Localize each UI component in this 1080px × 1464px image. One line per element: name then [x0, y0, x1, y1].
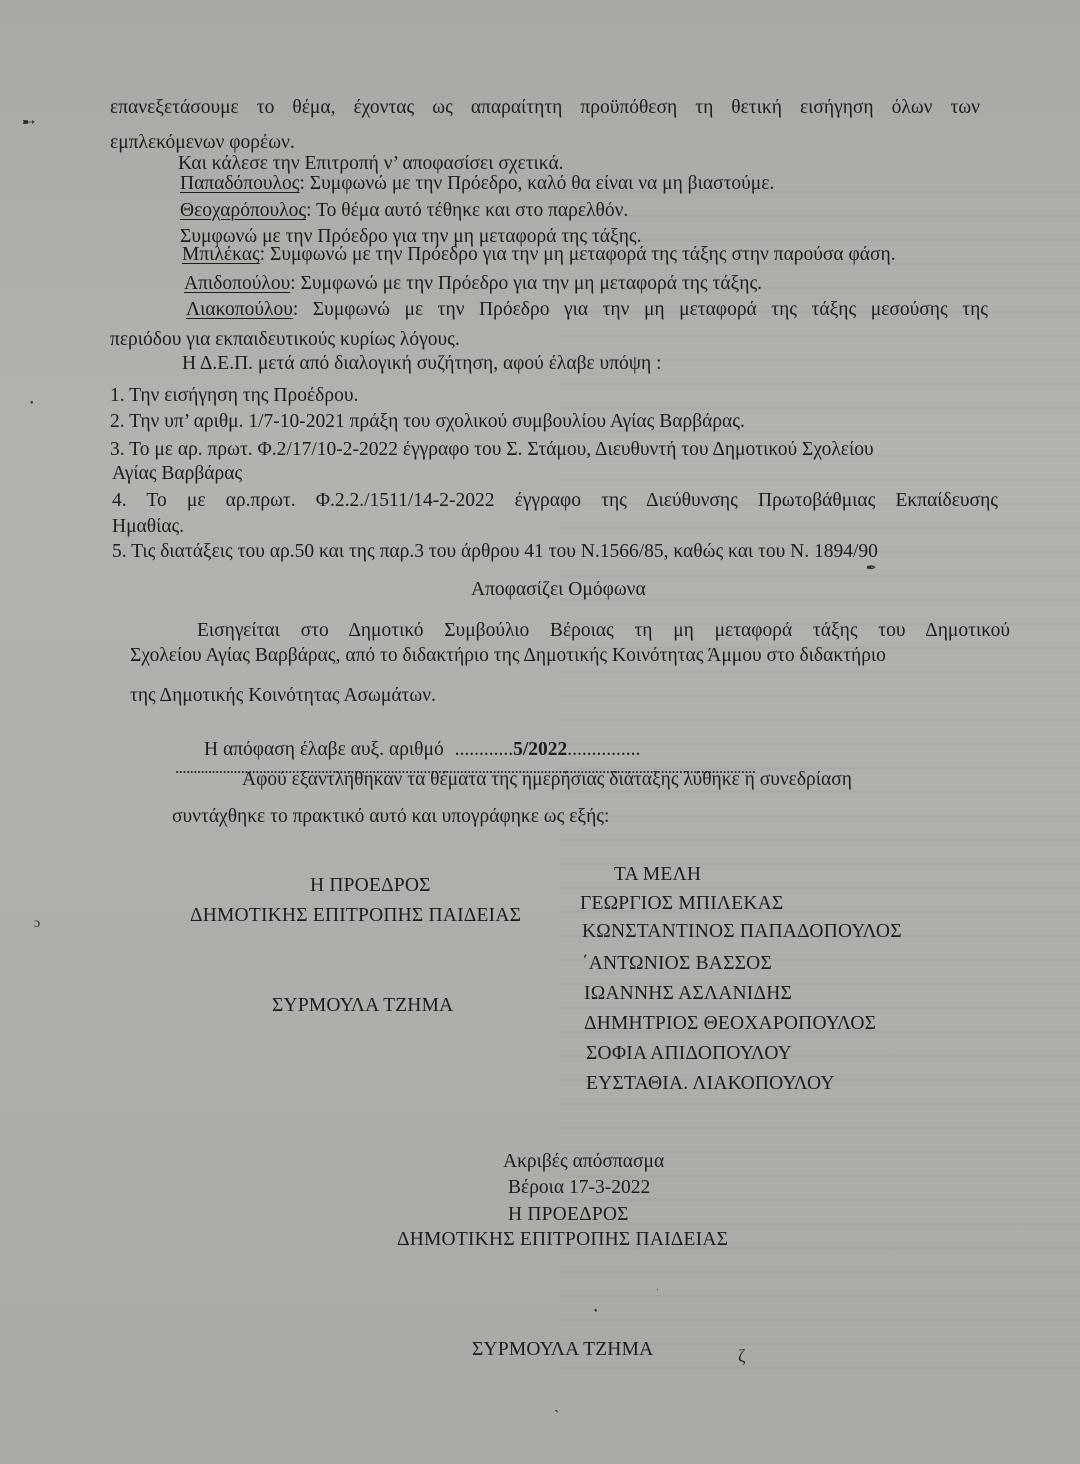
extract-president-committee: ΔΗΜΟΤΙΚΗΣ ΕΠΙΤΡΟΠΗΣ ΠΑΙΔΕΙΑΣ: [397, 1228, 728, 1252]
statement-text: : Συμφωνώ με την Πρόεδρο, καλό θα είναι …: [299, 173, 774, 194]
statement-text: : Συμφωνώ με την Πρόεδρο για την μη μετα…: [260, 244, 896, 265]
speaker-name: Λιακοπούλου: [186, 299, 293, 320]
stray-mark: ˈ: [656, 1288, 659, 1299]
extract-place-date: Βέροια 17-3-2022: [508, 1176, 650, 1200]
decision-heading: Αποφασίζει Ομόφωνα: [471, 578, 646, 602]
statement-liakopoulou-cont: περιόδου για εκπαιδευτικούς κυρίως λόγου…: [110, 328, 460, 352]
considered-item-4: 4. Το με αρ.πρωτ. Φ.2.2./1511/14-2-2022 …: [112, 489, 998, 513]
stray-mark: ɔ: [34, 916, 40, 932]
considered-item-5: 5. Τις διατάξεις του αρ.50 και της παρ.3…: [112, 540, 878, 564]
statement-apidopoulou: Απιδοπούλου: Συμφωνώ με την Πρόεδρο για …: [184, 272, 762, 296]
considered-item-1: 1. Την εισήγηση της Προέδρου.: [110, 384, 358, 408]
member-name: ΔΗΜΗΤΡΙΟΣ ΘΕΟΧΑΡΟΠΟΥΛΟΣ: [584, 1012, 876, 1036]
stray-dot: •: [30, 398, 34, 409]
member-name: ΕΥΣΤΑΘΙΑ. ΛΙΑΚΟΠΟΥΛΟΥ: [586, 1072, 835, 1096]
closing-line-2: συντάχθηκε το πρακτικό αυτό και υπογράφη…: [172, 805, 609, 829]
speaker-name: Παπαδόπουλος: [180, 173, 299, 194]
statement-text: : Το θέμα αυτό τέθηκε και στο παρελθόν.: [306, 200, 628, 221]
considered-item-3-cont: Αγίας Βαρβάρας: [112, 462, 242, 486]
stray-mark: ➸: [22, 112, 35, 132]
member-name: ΣΟΦΙΑ ΑΠΙΔΟΠΟΥΛΟΥ: [586, 1042, 792, 1066]
member-name: ΚΩΝΣΤΑΝΤΙΝΟΣ ΠΑΠΑΔΟΠΟΥΛΟΣ: [582, 920, 902, 944]
speaker-name: Απιδοπούλου: [184, 273, 290, 294]
considered-intro: Η Δ.Ε.Π. μετά από διαλογική συζήτηση, αφ…: [182, 352, 662, 376]
statement-text: : Συμφωνώ με την Πρόεδρο για την μη μετα…: [290, 273, 762, 294]
extract-president-name: ΣΥΡΜΟΥΛΑ ΤΖΗΜΑ: [472, 1338, 653, 1362]
statement-bilekas: Μπιλέκας: Συμφωνώ με την Πρόεδρο για την…: [182, 243, 896, 267]
closing-line-1: Αφού εξαντλήθηκαν τα θέματα της ημερήσια…: [242, 768, 852, 792]
considered-item-3: 3. Το με αρ. πρωτ. Φ.2/17/10-2-2022 έγγρ…: [110, 438, 874, 462]
decision-line-3: της Δημοτικής Κοινότητας Ασωμάτων.: [130, 684, 436, 708]
statement-liakopoulou: Λιακοπούλου: Συμφωνώ με την Πρόεδρο για …: [186, 298, 988, 322]
extract-president-title: Η ΠΡΟΕΔΡΟΣ: [508, 1203, 629, 1227]
member-name: ΙΩΑΝΝΗΣ ΑΣΛΑΝΙΔΗΣ: [584, 982, 792, 1006]
stray-mark: ζ: [738, 1346, 745, 1367]
statement-text: : Συμφωνώ με την Πρόεδρο για την μη μετα…: [293, 299, 988, 320]
extract-title: Ακριβές απόσπασμα: [503, 1150, 664, 1174]
stray-mark: ˏ: [554, 1396, 559, 1414]
president-name: ΣΥΡΜΟΥΛΑ ΤΖΗΜΑ: [272, 994, 453, 1018]
considered-item-2: 2. Την υπ’ αριθμ. 1/7-10-2021 πράξη του …: [110, 410, 745, 434]
member-name: ΓΕΩΡΓΙΟΣ ΜΠΙΛΕΚΑΣ: [580, 892, 783, 916]
scanned-document-page: ➸ • ɔ ✒ • ˈ ζ ˏ επανεξετάσουμε το θέμα, …: [0, 0, 1080, 1464]
member-name: ΄ΑΝΤΩΝΙΟΣ ΒΑΣΣΟΣ: [582, 952, 772, 976]
statement-theocharopoulos: Θεοχαρόπουλος: Το θέμα αυτό τέθηκε και σ…: [180, 199, 628, 223]
members-title: ΤΑ ΜΕΛΗ: [614, 863, 701, 887]
decision-line-2: Σχολείου Αγίας Βαρβάρας, από το διδακτήρ…: [130, 644, 886, 668]
considered-item-4-cont: Ημαθίας.: [112, 515, 184, 539]
statement-papadopoulos: Παπαδόπουλος: Συμφωνώ με την Πρόεδρο, κα…: [180, 172, 774, 196]
intro-line-1: επανεξετάσουμε το θέμα, έχοντας ως απαρα…: [110, 96, 980, 120]
decision-line-1: Εισηγείται στο Δημοτικό Συμβούλιο Βέροια…: [197, 619, 1010, 643]
president-committee: ΔΗΜΟΤΙΚΗΣ ΕΠΙΤΡΟΠΗΣ ΠΑΙΔΕΙΑΣ: [190, 904, 521, 928]
speaker-name: Θεοχαρόπουλος: [180, 200, 306, 221]
stray-dot: •: [594, 1306, 598, 1317]
speaker-name: Μπιλέκας: [182, 244, 260, 265]
president-title: Η ΠΡΟΕΔΡΟΣ: [310, 874, 431, 898]
